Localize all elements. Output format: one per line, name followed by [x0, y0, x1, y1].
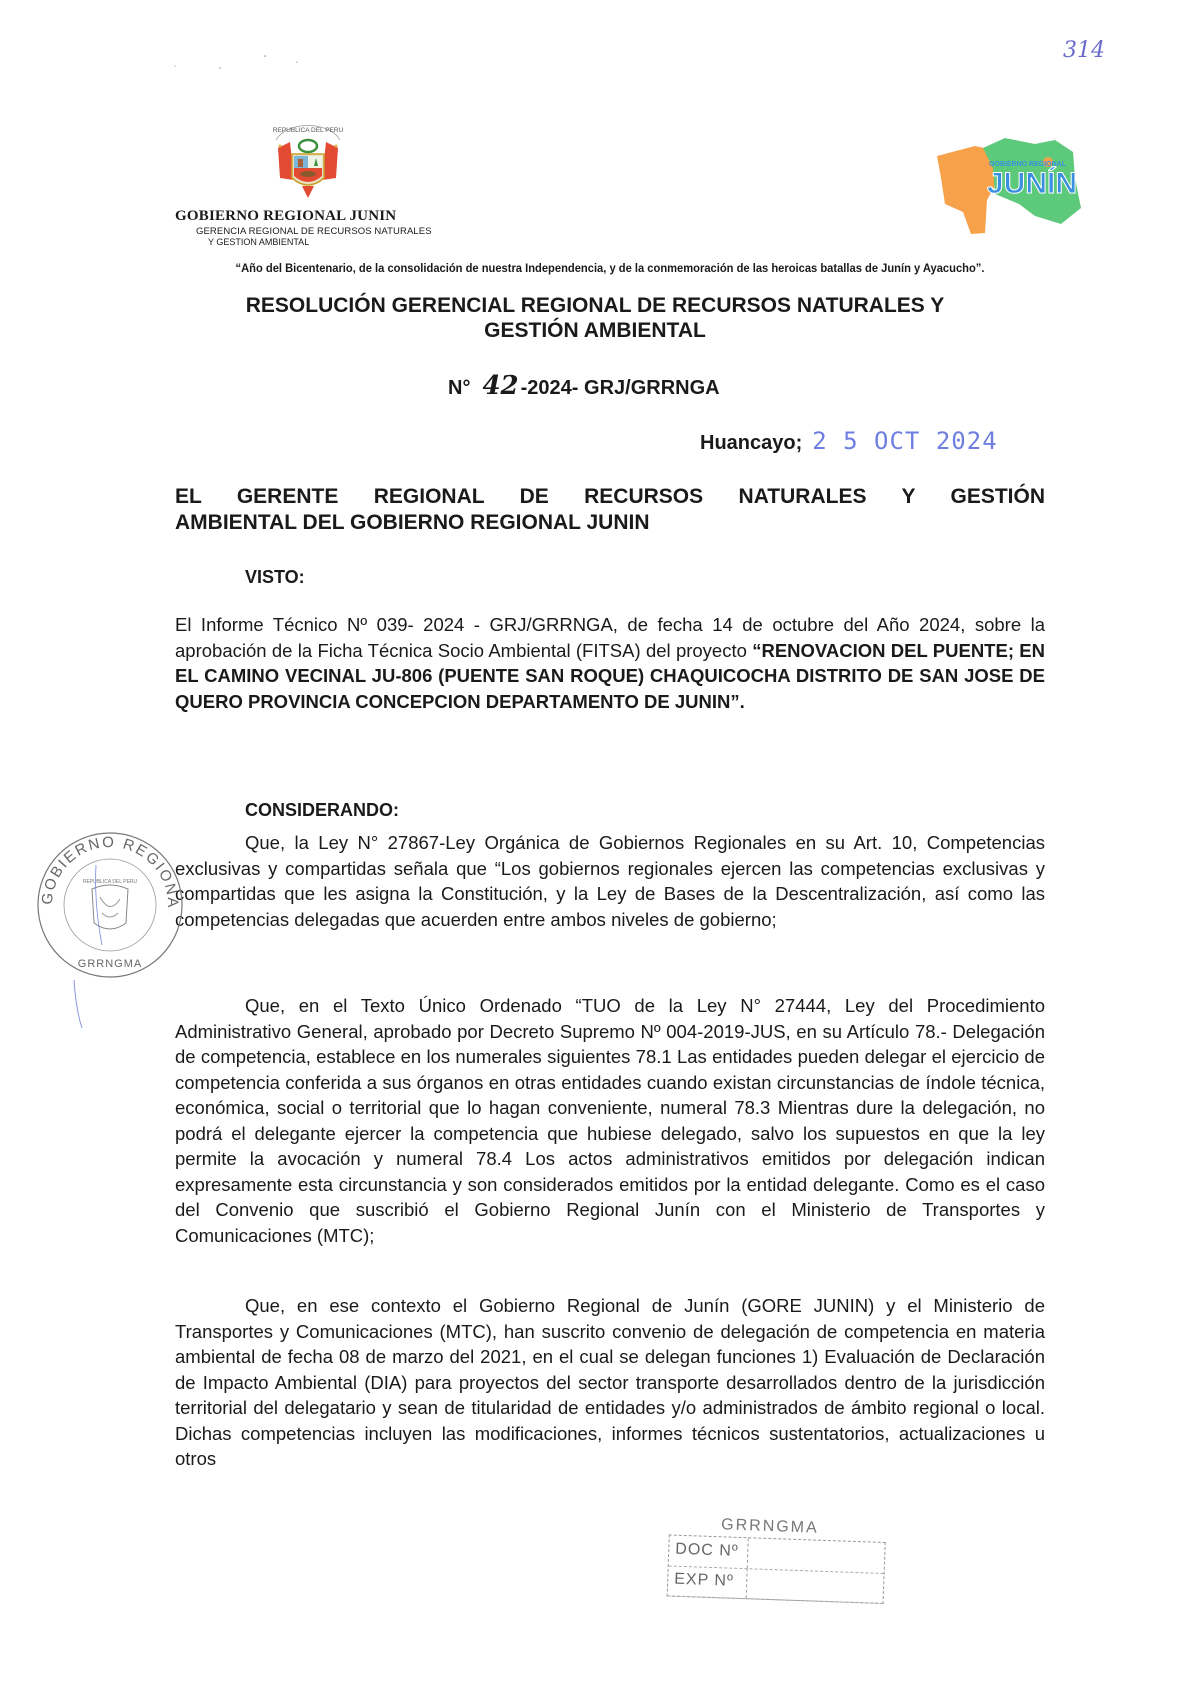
date-stamp: 2 5 OCT 2024 [812, 427, 997, 455]
registry-stamp: GRRNGMA DOC Nº EXP Nº [659, 1516, 882, 1604]
junin-regional-logo: GOBIERNO REGIONAL JUNÍN [935, 138, 1085, 238]
scan-specks [165, 52, 305, 72]
peru-coat-of-arms-icon: REPUBLICA DEL PERU [268, 118, 348, 206]
place: Huancayo; [700, 432, 802, 454]
official-year-motto: “Año del Bicentenario, de la consolidaci… [201, 262, 1019, 275]
considerando-paragraph-1: Que, la Ley N° 27867-Ley Orgánica de Gob… [175, 830, 1045, 932]
issuer-heading: EL GERENTE REGIONAL DE RECURSOS NATURALE… [175, 484, 1045, 536]
svg-text:GRRNGMA: GRRNGMA [78, 958, 142, 970]
svg-text:REPUBLICA DEL PERU: REPUBLICA DEL PERU [83, 879, 138, 885]
resolution-title: RESOLUCIÓN GERENCIAL REGIONAL DE RECURSO… [170, 293, 1020, 343]
svg-text:GOBIERNO REGIONAL JUNIN: GOBIERNO REGIONAL JUNIN [30, 825, 181, 910]
svg-text:REPUBLICA DEL PERU: REPUBLICA DEL PERU [273, 127, 344, 134]
org-subdivision-line2: Y GESTION AMBIENTAL [208, 237, 309, 247]
exp-number-label: EXP Nº [674, 1571, 734, 1591]
org-name: GOBIERNO REGIONAL JUNIN [175, 208, 396, 225]
number-prefix: N° [448, 377, 470, 399]
considerando-heading: CONSIDERANDO: [245, 800, 399, 821]
visto-paragraph: El Informe Técnico Nº 039- 2024 - GRJ/GR… [175, 612, 1045, 714]
resolution-title-line2: GESTIÓN AMBIENTAL [170, 318, 1020, 343]
doc-number-label: DOC Nº [675, 1541, 739, 1561]
resolution-number: N°42-2024- GRJ/GRRNGA [448, 371, 720, 401]
folio-number: 314 [1063, 38, 1105, 63]
considerando-paragraph-3: Que, en ese contexto el Gobierno Regiona… [175, 1293, 1045, 1472]
org-subdivision-line1: GERENCIA REGIONAL DE RECURSOS NATURALES [196, 226, 432, 237]
signature-stroke [70, 980, 90, 1030]
registry-office: GRRNGMA [721, 1516, 819, 1537]
visto-heading: VISTO: [245, 567, 305, 588]
issuer-line2: AMBIENTAL DEL GOBIERNO REGIONAL JUNIN [175, 511, 649, 534]
resolution-title-line1: RESOLUCIÓN GERENCIAL REGIONAL DE RECURSO… [170, 293, 1020, 318]
number-suffix: -2024- GRJ/GRRNGA [521, 377, 720, 399]
official-seal-icon: GOBIERNO REGIONAL JUNIN REPUBLICA DEL PE… [30, 825, 190, 985]
issuer-line1: EL GERENTE REGIONAL DE RECURSOS NATURALE… [175, 484, 1045, 510]
svg-text:JUNÍN: JUNÍN [987, 166, 1077, 200]
place-and-date: Huancayo;2 5 OCT 2024 [700, 427, 998, 455]
handwritten-number: 42 [482, 371, 518, 401]
considerando-paragraph-2: Que, en el Texto Único Ordenado “TUO de … [175, 993, 1045, 1248]
